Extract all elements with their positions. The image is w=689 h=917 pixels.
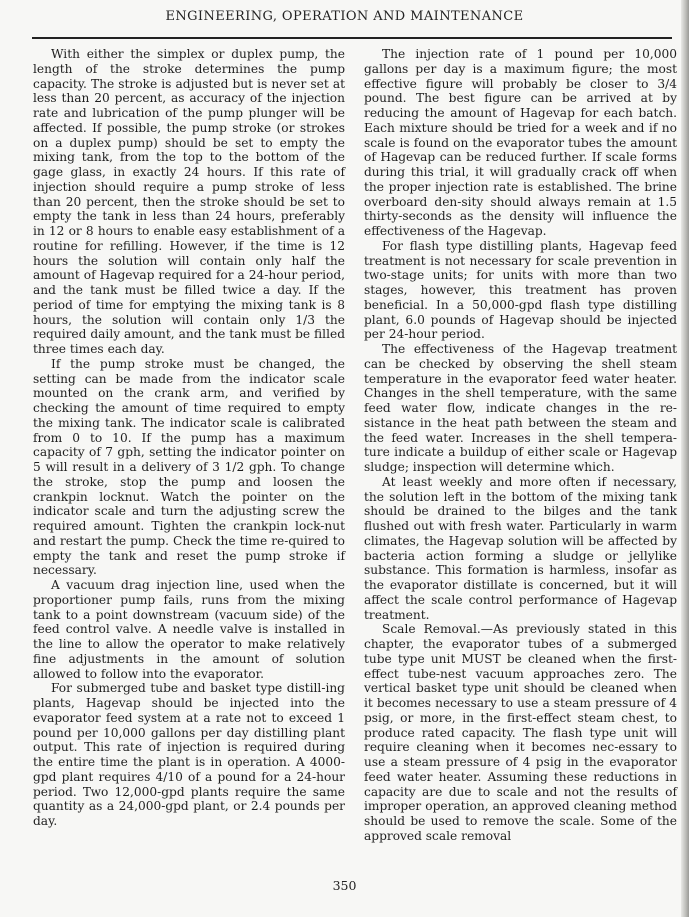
- running-head-title: ENGINEERING, OPERATION AND MAINTENANCE: [0, 9, 689, 24]
- paragraph-weekly-drain: At least weekly and more often if necess…: [364, 475, 677, 623]
- paragraph-stroke-change: If the pump stroke must be changed, the …: [33, 357, 345, 578]
- paragraph-vacuum-drag: A vacuum drag injection line, used when …: [33, 578, 345, 681]
- left-column: With either the simplex or duplex pump, …: [33, 47, 345, 829]
- paragraph-flash-type: For flash type distilling plants, Hageva…: [364, 239, 677, 342]
- page-number: 350: [0, 878, 689, 893]
- page-edge-shadow: [681, 0, 689, 917]
- paragraph-scale-removal: Scale Removal.—As previously stated in t…: [364, 622, 677, 843]
- paragraph-stroke-length: With either the simplex or duplex pump, …: [33, 47, 345, 357]
- paragraph-injection-rate: The injection rate of 1 pound per 10,000…: [364, 47, 677, 239]
- right-column: The injection rate of 1 pound per 10,000…: [364, 47, 677, 844]
- paragraph-effectiveness: The effectiveness of the Hagevap treatme…: [364, 342, 677, 475]
- paragraph-submerged-tube: For submerged tube and basket type disti…: [33, 681, 345, 829]
- header-rule: [32, 37, 672, 39]
